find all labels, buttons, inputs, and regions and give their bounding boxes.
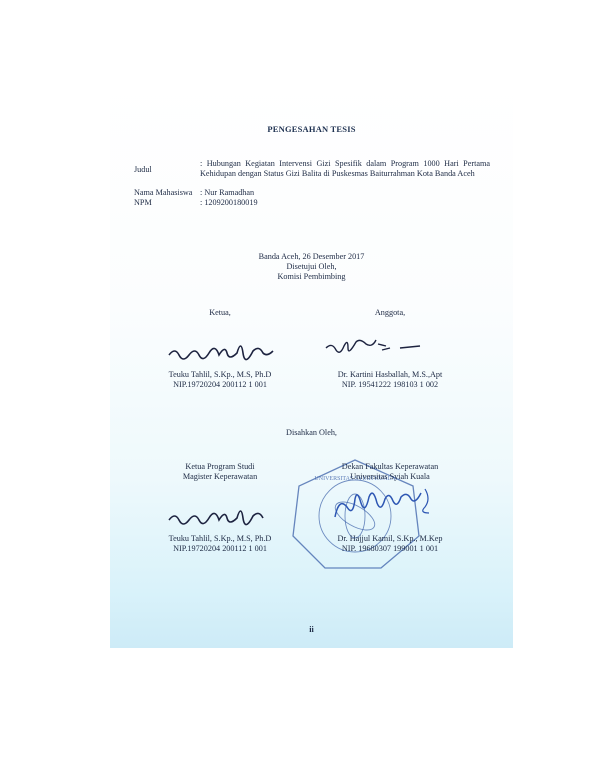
field-value-judul: : Hubungan Kegiatan Intervensi Gizi Spes… (200, 159, 490, 179)
ratified-by: Disahkan Oleh, (110, 428, 513, 438)
supervisor-ketua-name: Teuku Tahlil, S.Kp., M.S, Ph.D (140, 370, 300, 380)
signature-dekan (325, 487, 445, 527)
ratifier-1-role-line1: Ketua Program Studi (140, 462, 300, 472)
ratifier-2-role-line2: Universitas Syiah Kuala (310, 472, 470, 482)
place-date: Banda Aceh, 26 Desember 2017 (110, 252, 513, 262)
ratifier-2-name: Dr. Hajjul Kamil, S.Kp., M.Kep (310, 534, 470, 544)
supervisor-anggota-nip: NIP. 19541222 198103 1 002 (310, 380, 470, 390)
role-anggota: Anggota, (310, 308, 470, 318)
field-value-nama: : Nur Ramadhan (200, 188, 254, 198)
ratifier-2-nip: NIP. 19680307 199001 1 001 (310, 544, 470, 554)
role-ketua: Ketua, (140, 308, 300, 318)
document-page: PENGESAHAN TESIS Judul : Hubungan Kegiat… (110, 82, 513, 648)
signature-anggota (320, 332, 430, 362)
field-label-judul: Judul (134, 165, 152, 175)
signature-kaprodi (165, 502, 275, 532)
ratifier-1-name: Teuku Tahlil, S.Kp., M.S, Ph.D (140, 534, 300, 544)
signature-ketua (165, 337, 275, 367)
committee: Komisi Pembimbing (110, 272, 513, 282)
page-title: PENGESAHAN TESIS (110, 124, 513, 134)
ratifier-1-role-line2: Magister Keperawatan (140, 472, 300, 482)
supervisor-ketua-nip: NIP.19720204 200112 1 001 (140, 380, 300, 390)
field-label-npm: NPM (134, 198, 152, 208)
approved-by: Disetujui Oleh, (110, 262, 513, 272)
ratifier-1-nip: NIP.19720204 200112 1 001 (140, 544, 300, 554)
supervisor-anggota-name: Dr. Kartini Hasballah, M.S.,Apt (310, 370, 470, 380)
ratifier-2-role-line1: Dekan Fakultas Keperawatan (310, 462, 470, 472)
field-label-nama: Nama Mahasiswa (134, 188, 192, 198)
page-number: ii (110, 625, 513, 635)
field-value-npm: : 1209200180019 (200, 198, 258, 208)
